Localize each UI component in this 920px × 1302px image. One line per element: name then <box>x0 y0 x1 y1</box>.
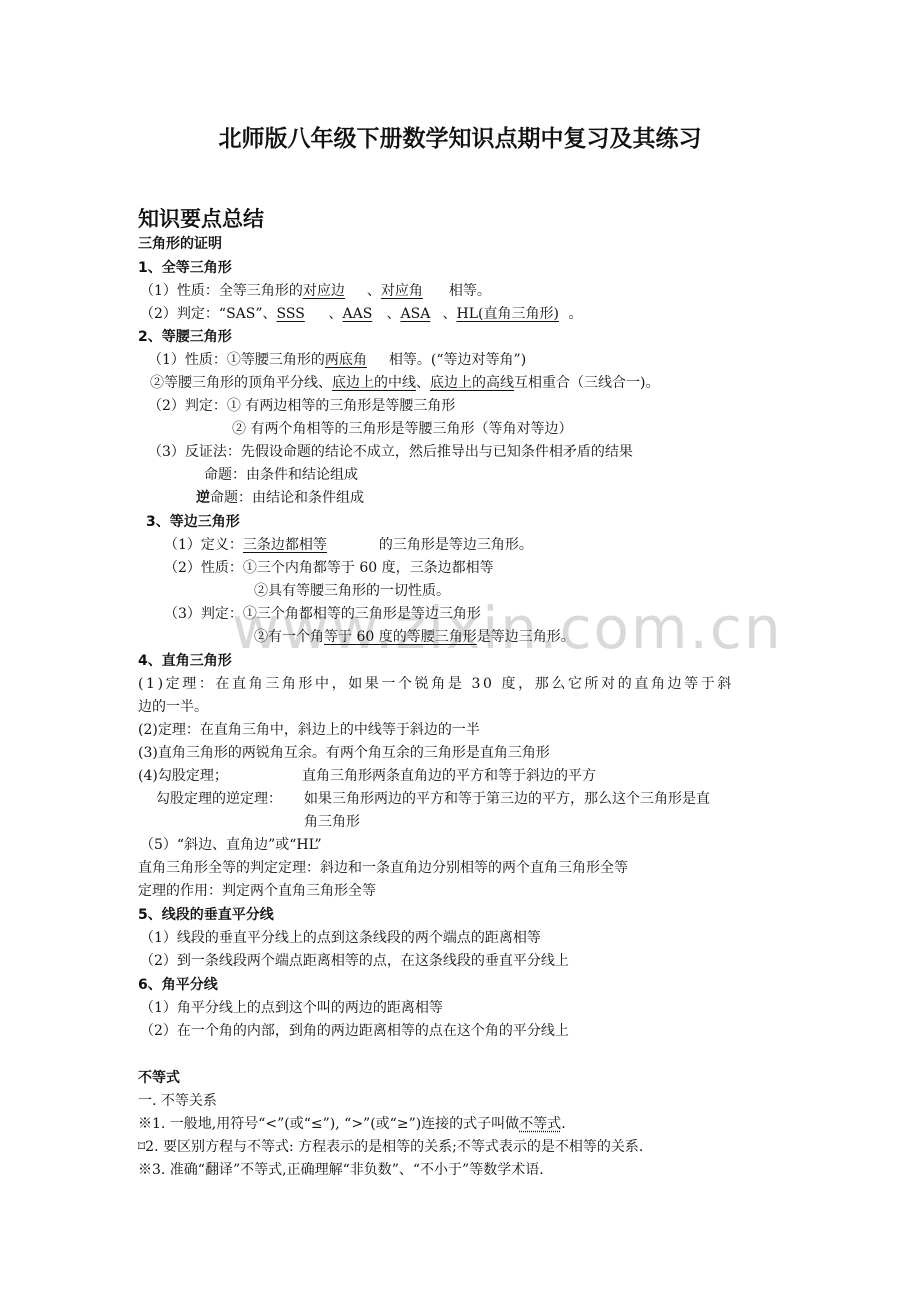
section-2-property-2: ②等腰三角形的顶角平分线、 底边上的中线、底边上的高线 互相重合（三线合一)。 <box>150 373 659 393</box>
blank-answer: 等于 60 度的等腰三角形 <box>324 627 477 647</box>
document-page: www.zixin.com.cn 北师版八年级下册数学知识点期中复习及其练习 知… <box>0 0 920 1302</box>
blank-answer: ASA <box>401 304 443 324</box>
section-2-heading: 2、等腰三角形 <box>138 327 232 347</box>
section-4-theorem-2: (2)定理：在直角三角中，斜边上的中线等于斜边的一半 <box>138 720 480 740</box>
section-5-property: （1）线段的垂直平分线上的点到这条线段的两个端点的距离相等 <box>140 928 541 948</box>
text: 、 <box>329 306 343 322</box>
section-3-property-2: ②具有等腰三角形的一切性质。 <box>254 581 450 601</box>
blank-answer: HL(直角三角形) <box>457 304 569 324</box>
section-4-theorem-1a: (1)定理：在直角三角形中，如果一个锐角是 30 度，那么它所对的直角边等于斜 <box>138 674 734 694</box>
blank-answer: SSS <box>277 304 329 324</box>
section-6-converse: （2）在一个角的内部，到角的两边距离相等的点在这个角的平分线上 <box>140 1021 569 1041</box>
term-inequality: 不等式 <box>519 1116 561 1132</box>
text: （1）定义： <box>164 537 243 553</box>
blank-answer: 对应角 <box>381 281 449 301</box>
text: ②等腰三角形的顶角平分线、 <box>150 375 332 391</box>
section-4-theorem-1b: 边的一半。 <box>138 697 208 717</box>
section-3-definition: （1）定义： 三条边都相等 的三角形是等边三角形。 <box>164 535 533 555</box>
blank-answer: AAS <box>343 304 387 324</box>
text: 、 <box>443 306 457 322</box>
text: 命题：由结论和条件组成 <box>210 490 364 506</box>
section-2-contradiction: （3）反证法：先假设命题的结论不成立，然后推导出与已知条件相矛盾的结果 <box>148 442 633 462</box>
section-2-proposition: 命题：由条件和结论组成 <box>204 465 358 485</box>
section-3-criteria-2: ②有一个角 等于 60 度的等腰三角形是等边三角形。 <box>254 627 575 647</box>
text: 相等。 <box>449 283 491 299</box>
section-4-heading: 4、直角三角形 <box>138 651 232 671</box>
section-4-pythagoras-label: (4)勾股定理； <box>138 766 228 786</box>
section-3-criteria-1: （3）判定：①三个角都相等的三角形是等边三角形 <box>164 604 481 624</box>
blank-answer: 对应边 <box>303 281 367 301</box>
section-2-converse: 逆命题：由结论和条件组成 <box>196 488 364 508</box>
section-1-criteria: （2）判定：“SAS”、 SSS 、AAS 、 ASA 、 HL(直角三角形) … <box>140 304 583 324</box>
inequality-heading: 不等式 <box>138 1068 180 1088</box>
text: 。 <box>569 306 583 322</box>
blank-answer: 底边上的中线 <box>332 373 416 393</box>
text: 、 <box>367 283 381 299</box>
text: 相等。(“等边对等角”) <box>389 352 526 368</box>
text: 逆 <box>196 490 210 506</box>
blank-answer: 底边上的高线 <box>430 373 514 393</box>
section-4-theorem-3: (3)直角三角形的两锐角互余。有两个角互余的三角形是直角三角形 <box>138 743 550 763</box>
text: ※1. 一般地,用符号“<”(或“≤”), “>”(或“≥”)连接的式子叫做 <box>138 1116 519 1132</box>
text: ②有一个角 <box>254 629 324 645</box>
section-2-criteria-2: ② 有两个角相等的三角形是等腰三角形（等角对等边） <box>232 419 572 439</box>
section-3-property-1: （2）性质：①三个内角都等于 60 度，三条边都相等 <box>164 558 494 578</box>
text: （1）性质：①等腰三角形的 <box>148 352 325 368</box>
section-4-converse-text-a: 如果三角形两边的平方和等于第三边的平方，那么这个三角形是直 <box>304 789 710 809</box>
text: 、 <box>416 375 430 391</box>
inequality-subheading: 一. 不等关系 <box>138 1091 217 1111</box>
summary-heading: 知识要点总结 <box>138 206 264 232</box>
inequality-item-1: ※1. 一般地,用符号“<”(或“≤”), “>”(或“≥”)连接的式子叫做不等… <box>138 1114 566 1134</box>
text: . <box>561 1116 565 1132</box>
section-4-hl-usage: 定理的作用：判定两个直角三角形全等 <box>138 881 376 901</box>
section-4-hl: （5）“斜边、直角边”或“HL” <box>140 835 322 855</box>
section-2-property-1: （1）性质：①等腰三角形的 两底角 相等。(“等边对等角”) <box>148 350 526 370</box>
section-4-converse-label: 勾股定理的逆定理： <box>156 789 282 809</box>
text: 是等边三角形。 <box>477 629 575 645</box>
section-4-pythagoras-text: 直角三角形两条直角边的平方和等于斜边的平方 <box>302 766 596 786</box>
section-5-heading: 5、线段的垂直平分线 <box>138 905 274 925</box>
inequality-item-2: ⌑2. 要区别方程与不等式: 方程表示的是相等的关系;不等式表示的是不相等的关系… <box>138 1137 643 1157</box>
text: 互相重合（三线合一)。 <box>514 375 659 391</box>
text: 的三角形是等边三角形。 <box>379 537 533 553</box>
section-1-property: （1）性质：全等三角形的 对应边 、 对应角 相等。 <box>140 281 491 301</box>
section-6-property: （1）角平分线上的点到这个叫的两边的距离相等 <box>140 998 443 1018</box>
section-5-converse: （2）到一条线段两个端点距离相等的点，在这条线段的垂直平分线上 <box>140 951 569 971</box>
text: （1）性质：全等三角形的 <box>140 283 303 299</box>
section-4-converse-text-b: 角三角形 <box>304 812 360 832</box>
text: 、 <box>387 306 401 322</box>
triangle-section-heading: 三角形的证明 <box>138 234 222 254</box>
section-4-hl-theorem: 直角三角形全等的判定定理：斜边和一条直角边分别相等的两个直角三角形全等 <box>138 858 628 878</box>
blank-answer: 两底角 <box>325 350 389 370</box>
section-3-heading: 3、等边三角形 <box>146 512 240 532</box>
section-2-criteria-1: （2）判定：① 有两边相等的三角形是等腰三角形 <box>148 396 455 416</box>
section-1-heading: 1、全等三角形 <box>138 258 232 278</box>
section-6-heading: 6、角平分线 <box>138 975 218 995</box>
text: （2）判定：“SAS”、 <box>140 306 277 322</box>
blank-answer: 三条边都相等 <box>243 535 379 555</box>
document-title: 北师版八年级下册数学知识点期中复习及其练习 <box>0 120 920 153</box>
inequality-item-3: ※3. 准确“翻译”不等式,正确理解“非负数”、“不小于”等数学术语. <box>138 1160 544 1180</box>
